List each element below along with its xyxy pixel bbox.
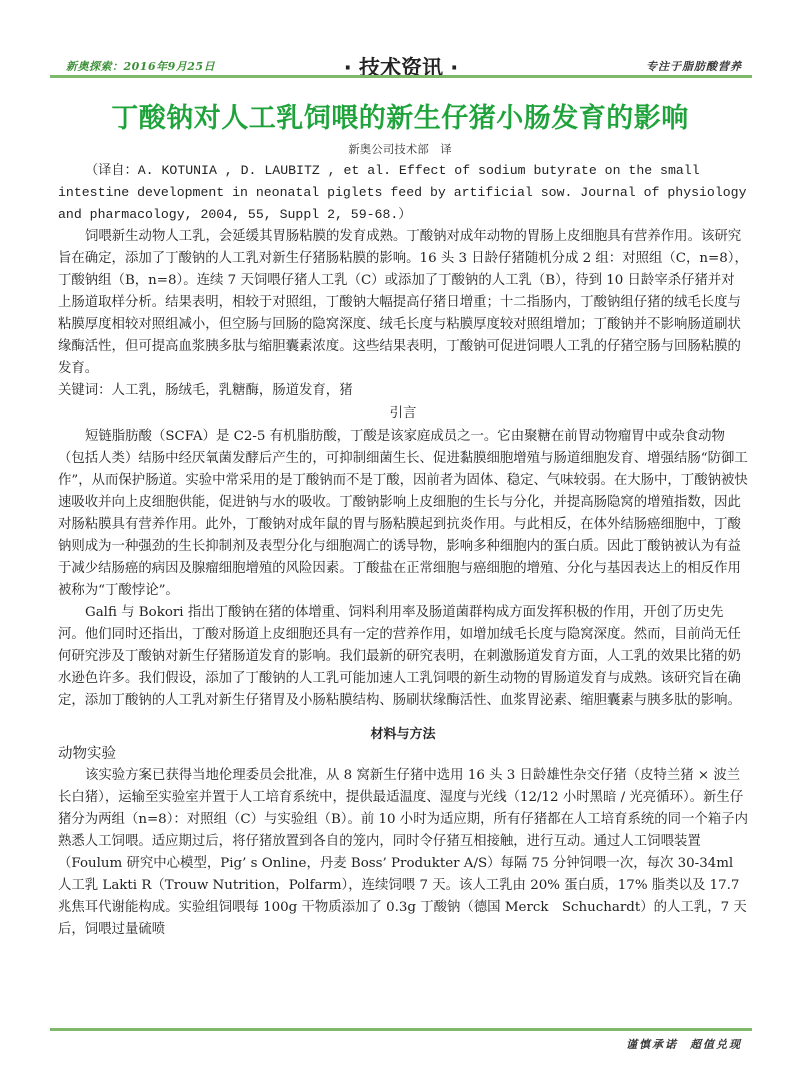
keywords: 关键词：人工乳，肠绒毛，乳糖酶，肠道发育，猪 xyxy=(58,380,748,402)
article-body: （译自：A. KOTUNIA , D. LAUBITZ , et al. Eff… xyxy=(58,160,748,941)
subheading-animal-experiment: 动物实验 xyxy=(58,743,748,765)
methods-paragraph-1: 该实验方案已获得当地伦理委员会批准，从 8 窝新生仔猪中选用 16 头 3 日龄… xyxy=(58,765,748,941)
footer-slogan-part-2: 超值兑现 xyxy=(690,1038,742,1051)
section-heading-introduction: 引言 xyxy=(58,403,748,425)
header-divider xyxy=(50,75,752,78)
intro-paragraph-2: Galfi 与 Bokori 指出丁酸钠在猪的体增重、饲料利用率及肠道菌群构成方… xyxy=(58,602,748,712)
page-header: 新奥探索：2016年9月25日 · 技术资讯 · 专注于脂肪酸营养 xyxy=(50,52,752,76)
intro-paragraph-1: 短链脂肪酸（SCFA）是 C2-5 有机脂肪酸，丁酸是该家庭成员之一。它由聚糖在… xyxy=(58,426,748,602)
article-byline: 新奥公司技术部 译 xyxy=(0,141,800,157)
article-title: 丁酸钠对人工乳饲喂的新生仔猪小肠发育的影响 xyxy=(0,96,800,135)
footer-slogan-part-1: 谨慎承诺 xyxy=(626,1038,678,1051)
abstract: 饲喂新生动物人工乳，会延缓其胃肠粘膜的发育成熟。丁酸钠对成年动物的胃肠上皮细胞具… xyxy=(58,226,748,380)
citation: （译自：A. KOTUNIA , D. LAUBITZ , et al. Eff… xyxy=(58,160,748,226)
footer-divider xyxy=(50,1028,752,1031)
footer-slogan: 谨慎承诺超值兑现 xyxy=(626,1036,742,1052)
header-tagline: 专注于脂肪酸营养 xyxy=(646,58,742,74)
